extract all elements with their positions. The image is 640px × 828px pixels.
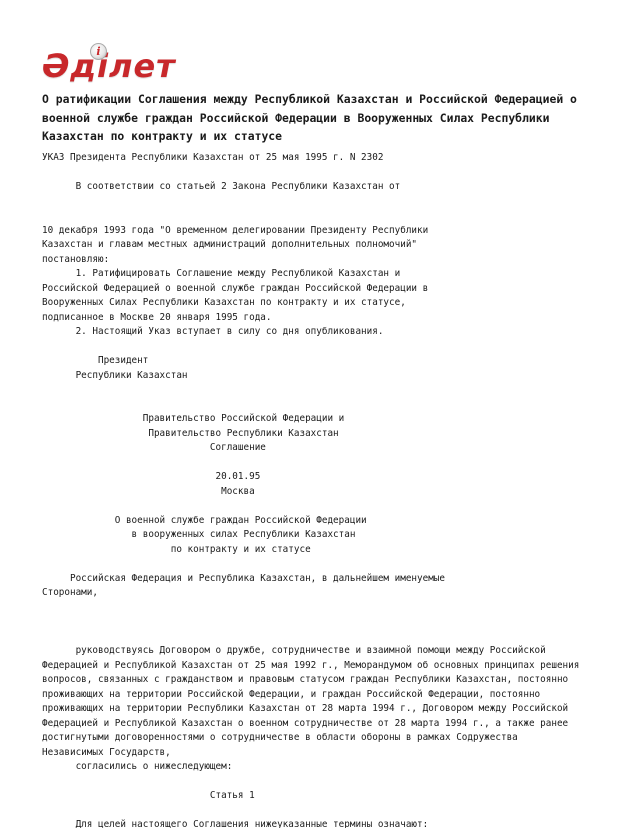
- body-line: [42, 615, 622, 630]
- body-line: Независимых Государств,: [42, 746, 622, 761]
- body-line: Для целей настоящего Соглашения нижеуказ…: [42, 818, 622, 828]
- body-line: Федерацией и Республикой Казахстан о вое…: [42, 717, 622, 732]
- body-line: 20.01.95: [42, 470, 622, 485]
- body-line: Москва: [42, 485, 622, 500]
- body-line: [42, 340, 622, 355]
- body-line: согласились о нижеследующем:: [42, 760, 622, 775]
- body-line: [42, 557, 622, 572]
- body-line: по контракту и их статусе: [42, 543, 622, 558]
- adilet-logo[interactable]: Әділет i: [42, 47, 176, 83]
- body-line: Вооруженных Силах Республики Казахстан п…: [42, 296, 622, 311]
- body-line: вопросов, связанных с гражданством и пра…: [42, 673, 622, 688]
- body-line: В соответствии со статьей 2 Закона Респу…: [42, 180, 622, 195]
- body-line: проживающих на территории Российской Фед…: [42, 688, 622, 703]
- body-line: Президент: [42, 354, 622, 369]
- document-title: О ратификации Соглашения между Республик…: [42, 90, 602, 146]
- body-line: [42, 398, 622, 413]
- body-line: УКАЗ Президента Республики Казахстан от …: [42, 151, 622, 166]
- body-line: проживающих на территории Республики Каз…: [42, 702, 622, 717]
- title-line: Казахстан по контракту и их статусе: [42, 127, 602, 146]
- body-line: в вооруженных силах Республики Казахстан: [42, 528, 622, 543]
- body-line: [42, 601, 622, 616]
- body-line: [42, 166, 622, 181]
- body-line: Сторонами,: [42, 586, 622, 601]
- body-line: [42, 209, 622, 224]
- body-line: 2. Настоящий Указ вступает в силу со дня…: [42, 325, 622, 340]
- body-line: [42, 804, 622, 819]
- body-line: руководствуясь Договором о дружбе, сотру…: [42, 644, 622, 659]
- body-line: О военной службе граждан Российской Феде…: [42, 514, 622, 529]
- body-line: [42, 630, 622, 645]
- body-line: [42, 499, 622, 514]
- body-line: Республики Казахстан: [42, 369, 622, 384]
- body-line: подписанное в Москве 20 января 1995 года…: [42, 311, 622, 326]
- body-line: 1. Ратифицировать Соглашение между Респу…: [42, 267, 622, 282]
- body-line: Федерацией и Республикой Казахстан от 25…: [42, 659, 622, 674]
- body-line: Российская Федерация и Республика Казахс…: [42, 572, 622, 587]
- body-line: [42, 383, 622, 398]
- document-body: УКАЗ Президента Республики Казахстан от …: [42, 151, 622, 828]
- body-line: [42, 456, 622, 471]
- body-line: [42, 775, 622, 790]
- body-line: [42, 195, 622, 210]
- body-line: Статья 1: [42, 789, 622, 804]
- body-line: Казахстан и главам местных администраций…: [42, 238, 622, 253]
- body-line: достигнутыми договоренностями о сотрудни…: [42, 731, 622, 746]
- title-line: О ратификации Соглашения между Республик…: [42, 90, 602, 109]
- title-line: военной службе граждан Российской Федера…: [42, 109, 602, 128]
- body-line: Правительство Российской Федерации и: [42, 412, 622, 427]
- info-icon: i: [90, 43, 107, 60]
- logo-text: Әділет: [42, 49, 176, 83]
- body-line: Соглашение: [42, 441, 622, 456]
- body-line: 10 декабря 1993 года "О временном делеги…: [42, 224, 622, 239]
- body-line: Российской Федерацией о военной службе г…: [42, 282, 622, 297]
- body-line: постановляю:: [42, 253, 622, 268]
- body-line: Правительство Республики Казахстан: [42, 427, 622, 442]
